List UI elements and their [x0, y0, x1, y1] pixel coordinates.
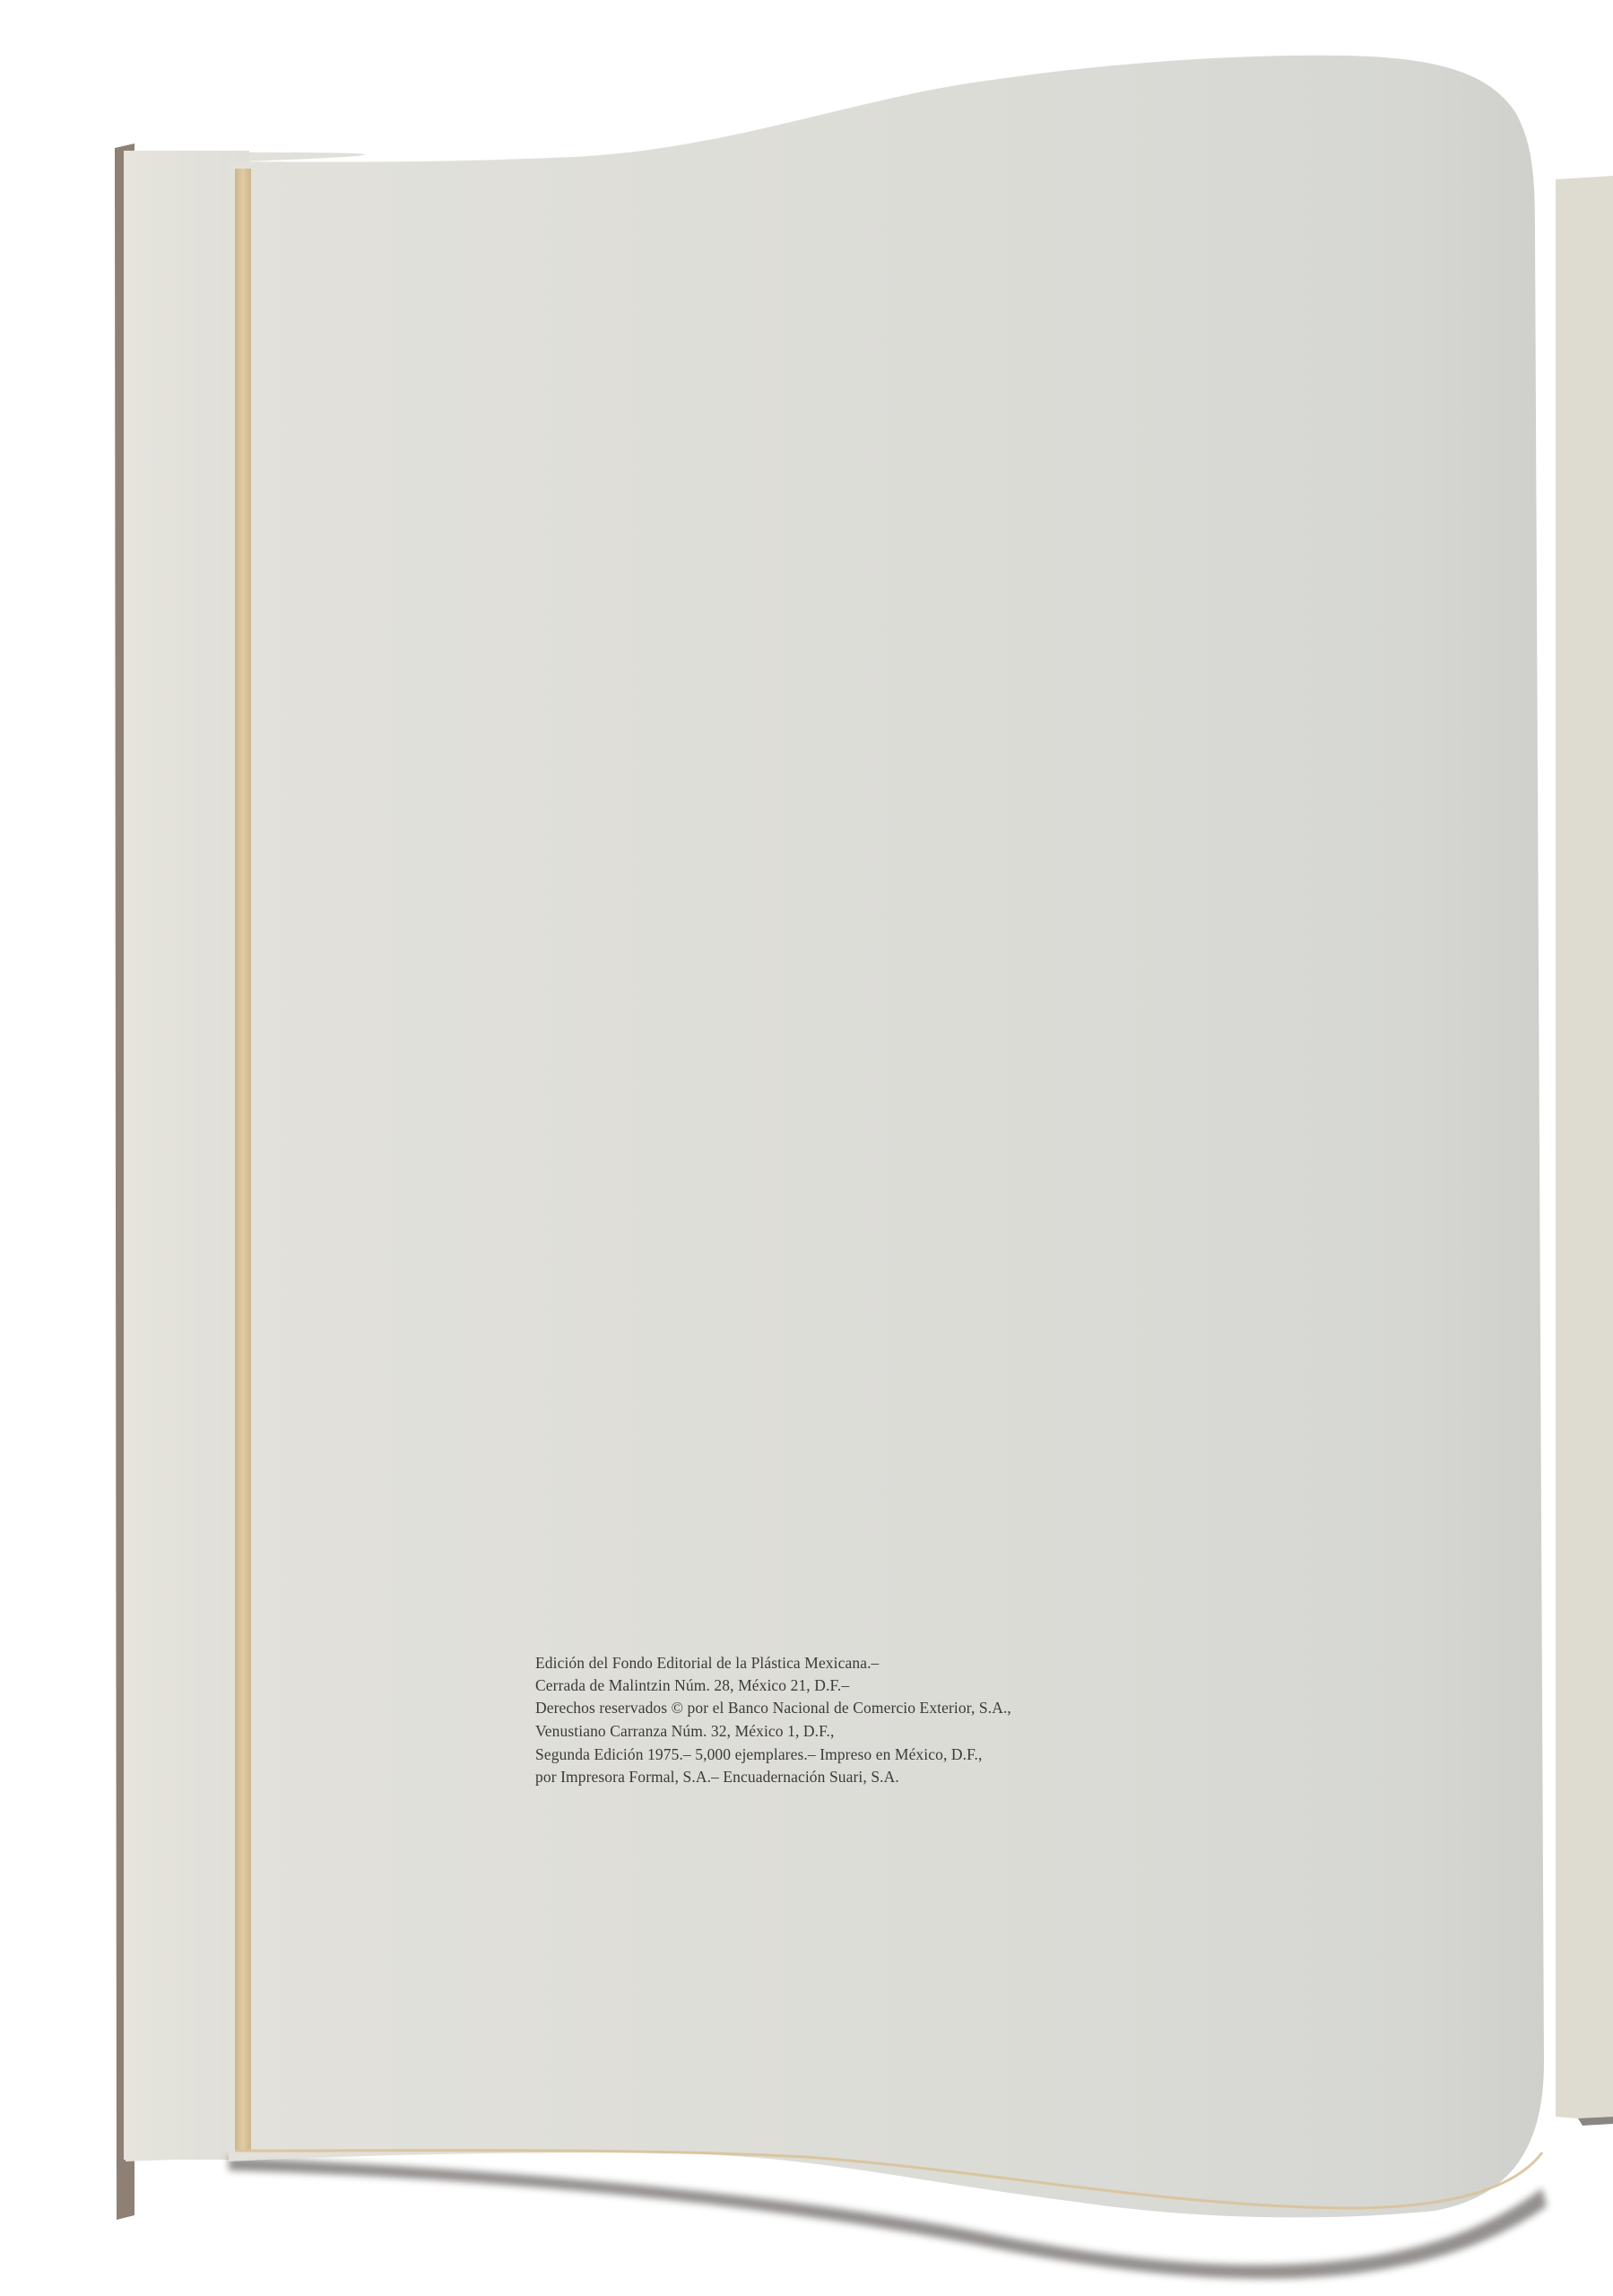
book-photo: Edición del Fondo Editorial de la Plásti… — [0, 0, 1613, 2296]
colophon-line-publisher: Edición del Fondo Editorial de la Plásti… — [535, 1652, 1127, 1674]
colophon-line-publisher-address: Cerrada de Malintzin Núm. 28, México 21,… — [535, 1674, 1127, 1697]
colophon-text-block: Edición del Fondo Editorial de la Plásti… — [535, 1652, 1127, 1787]
colophon-line-copyright-address: Venustiano Carranza Núm. 32, México 1, D… — [535, 1720, 1127, 1743]
gutter-edge — [235, 169, 251, 2151]
colophon-line-edition: Segunda Edición 1975.– 5,000 ejemplares.… — [535, 1744, 1127, 1766]
colophon-line-copyright: Derechos reservados © por el Banco Nacio… — [535, 1697, 1127, 1719]
next-page-edge — [1556, 176, 1613, 2118]
colophon-line-printer: por Impresora Formal, S.A.– Encuadernaci… — [535, 1766, 1127, 1788]
book-illustration — [0, 0, 1613, 2296]
main-page — [229, 56, 1544, 2218]
